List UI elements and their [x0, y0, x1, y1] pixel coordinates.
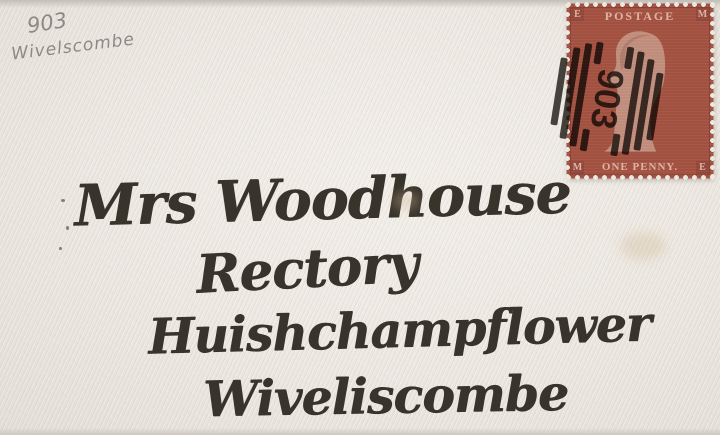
ink-speck	[61, 199, 65, 202]
paper-stain	[392, 192, 420, 210]
envelope-photo: 903 Wivelscombe Mrs Woodhouse Rectory Hu…	[0, 0, 720, 435]
ink-speck	[59, 247, 62, 250]
paper-stain	[620, 232, 666, 260]
barred-oval-postmark: 903	[531, 20, 683, 178]
envelope-bottom-edge	[0, 428, 720, 435]
perforation-edge	[709, 1, 716, 181]
address-line-town: Wiveliscombe	[203, 364, 569, 428]
ink-speck	[66, 226, 69, 230]
stamp-corner-letter-tr: M	[696, 8, 709, 21]
envelope: 903 Wivelscombe Mrs Woodhouse Rectory Hu…	[0, 0, 720, 435]
stamp-corner-letter-br: E	[696, 161, 709, 174]
address-line-village: Huishchampflower	[147, 294, 651, 365]
postmark-numeral: 903	[583, 66, 633, 132]
address-line-recipient: Mrs Woodhouse	[73, 160, 571, 240]
pencil-note-number: 903	[25, 8, 68, 38]
address-line-street: Rectory	[195, 232, 420, 306]
